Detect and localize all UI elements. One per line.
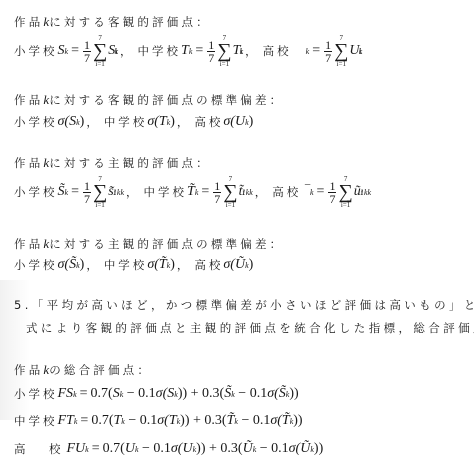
heading-objective-sd: 作品kに対する客観的評価点の標準偏差： xyxy=(14,92,284,108)
formula-total-junior: 中学校 FTk = 0.7(Tk − 0.1σ(Tk)) + 0.3(T̃k −… xyxy=(14,413,303,429)
heading-subjective-score: 作品kに対する主観的評価点： xyxy=(14,155,211,171)
item5-line1: 5.「平均が高いほど，かつ標準偏差が小さいほど評価は高いもの」と定義し，次の xyxy=(14,297,474,313)
formula-subjective-sd: 小学校 σ(S̃k) ， 中学校 σ(T̃k) ， 高校 σ(Ũk) xyxy=(14,257,253,273)
heading-objective-score: 作品kに対する客観的評価点： xyxy=(14,14,211,30)
formula-objective-sd: 小学校 σ(Sk) ， 中学校 σ(Tk) ， 高校 σ(Uk) xyxy=(14,114,253,130)
heading-subjective-sd: 作品kに対する主観的評価点の標準偏差： xyxy=(14,236,284,252)
formula-subjective-score: 小学校 S̃k = 17 7∑i=1 s̃i1kk ， 中学校 T̃k = 17… xyxy=(14,175,371,209)
formula-total-high: 高 校 FUk = 0.7(Uk − 0.1σ(Uk)) + 0.3(Ũk − … xyxy=(14,441,323,457)
formula-total-elementary: 小学校 FSk = 0.7(Sk − 0.1σ(Sk)) + 0.3(S̃k −… xyxy=(14,386,299,402)
item5-line2: 式により客観的評価点と主観的評価点を統合化した指標，総合評価点を算出する． xyxy=(26,320,474,336)
formula-objective-score: 小学校 Sk = 17 7∑i=1 Sik ， 中学校 Tk = 17 7∑i=… xyxy=(14,34,362,68)
heading-total-score: 作品kの総合評価点： xyxy=(14,362,152,378)
